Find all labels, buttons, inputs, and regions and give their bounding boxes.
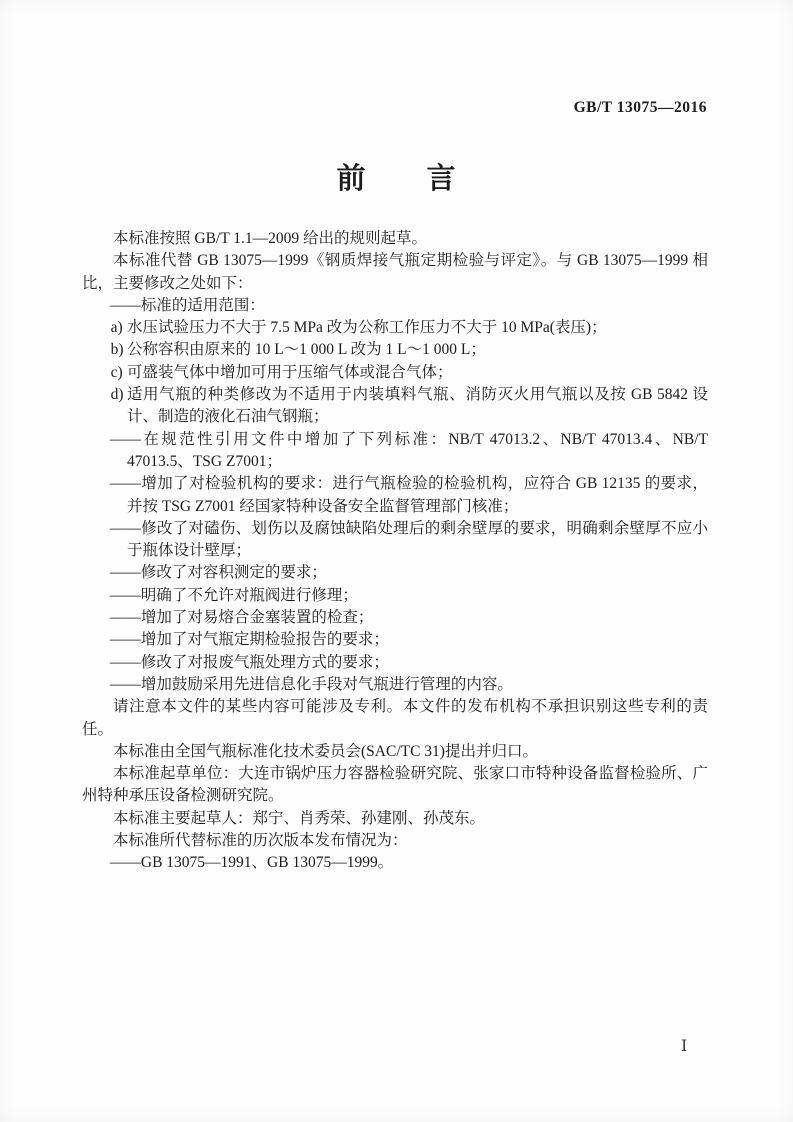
paragraph: ——修改了对磕伤、划伤以及腐蚀缺陷处理后的剩余壁厚的要求，明确剩余壁厚不应小于瓶… [82,518,708,563]
page-number: Ⅰ [681,1036,687,1056]
paragraph: ——修改了对报废气瓶处理方式的要求； [82,652,708,674]
paragraph: ——增加了对检验机构的要求：进行气瓶检验的检验机构，应符合 GB 12135 的… [82,473,708,518]
list-item-label: c) [111,362,123,384]
paragraph: ——修改了对容积测定的要求； [82,562,708,584]
paragraph: 请注意本文件的某些内容可能涉及专利。本文件的发布机构不承担识别这些专利的责任。 [82,696,708,741]
paragraph: 本标准按照 GB/T 1.1—2009 给出的规则起草。 [82,228,708,250]
list-item-label: b) [111,339,124,361]
paragraph: ——标准的适用范围： [82,295,708,317]
paragraph: d)适用气瓶的种类修改为不适用于内装填料气瓶、消防灭火用气瓶以及按 GB 584… [82,384,708,429]
list-item-label: a) [111,317,123,339]
paragraph: ——在规范性引用文件中增加了下列标准：NB/T 47013.2、NB/T 470… [82,429,708,474]
paragraph: a)水压试验压力不大于 7.5 MPa 改为公称工作压力不大于 10 MPa(表… [82,317,708,339]
paragraph: c)可盛装气体中增加可用于压缩气体或混合气体； [82,362,708,384]
paragraph: ——增加了对气瓶定期检验报告的要求； [82,629,708,651]
paragraph: 本标准代替 GB 13075—1999《钢质焊接气瓶定期检验与评定》。与 GB … [82,250,708,295]
paragraph: 本标准主要起草人：郑宁、肖秀荣、孙建刚、孙茂东。 [82,808,708,830]
paragraph: ——增加鼓励采用先进信息化手段对气瓶进行管理的内容。 [82,674,708,696]
paragraph: ——增加了对易熔合金塞装置的检查； [82,607,708,629]
list-item-label: d) [111,384,124,406]
paragraph: ——明确了不允许对瓶阀进行修理； [82,585,708,607]
document-page: GB/T 13075—2016 前 言 本标准按照 GB/T 1.1—2009 … [0,0,793,1122]
paragraph: 本标准起草单位：大连市锅炉压力容器检验研究院、张家口市特种设备监督检验所、广州特… [82,763,708,808]
paragraph: 本标准由全国气瓶标准化技术委员会(SAC/TC 31)提出并归口。 [82,741,708,763]
standard-number: GB/T 13075—2016 [574,99,707,117]
content: 本标准按照 GB/T 1.1—2009 给出的规则起草。本标准代替 GB 130… [82,228,708,875]
paragraph: ——GB 13075—1991、GB 13075—1999。 [82,852,708,874]
page-title: 前 言 [0,156,793,197]
paragraph: 本标准所代替标准的历次版本发布情况为： [82,830,708,852]
paragraph: b)公称容积由原来的 10 L～1 000 L 改为 1 L～1 000 L； [82,339,708,361]
